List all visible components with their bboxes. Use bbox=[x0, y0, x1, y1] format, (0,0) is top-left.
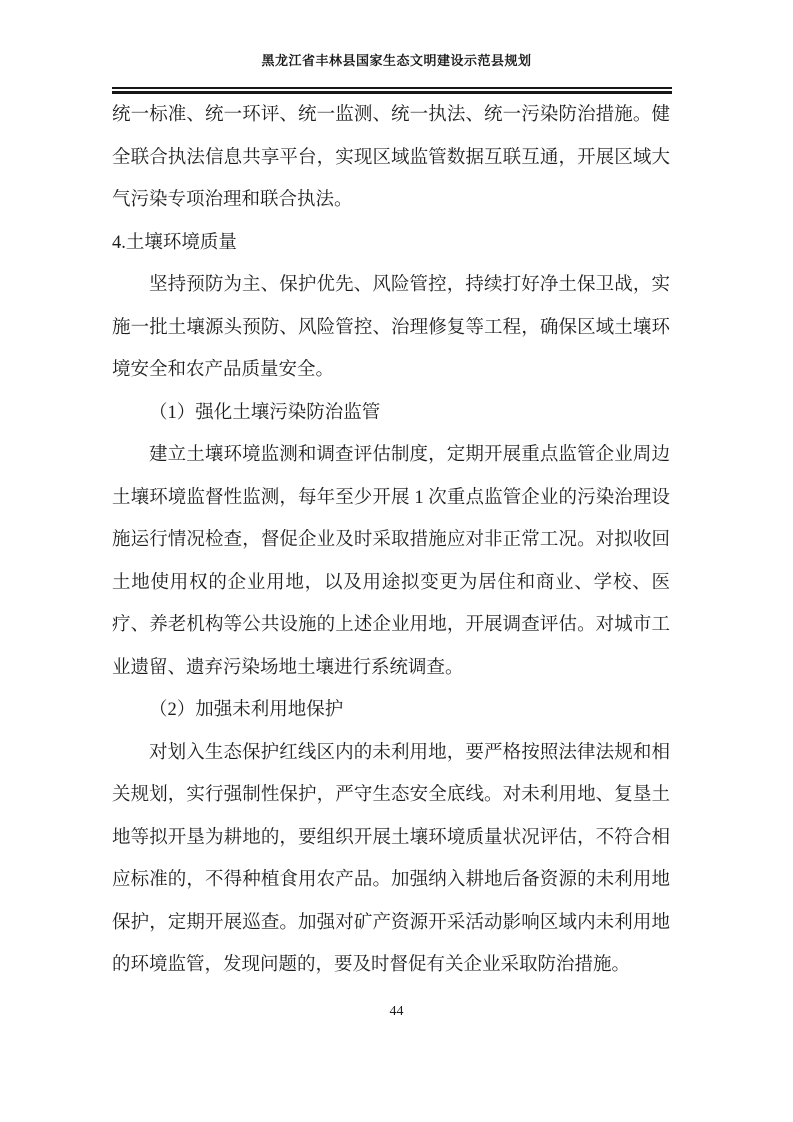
body-paragraph-continuation: 统一标准、统一环评、统一监测、统一执法、统一污染防治措施。健全联合执法信息共享平… bbox=[112, 94, 670, 222]
body-paragraph: 建立土壤环境监测和调查评估制度，定期开展重点监管企业周边土壤环境监督性监测，每年… bbox=[112, 434, 670, 689]
body-paragraph: 对划入生态保护红线区内的未利用地，要严格按照法律法规和相关规划，实行强制性保护，… bbox=[112, 732, 670, 987]
subsection-heading-2: （2）加强未利用地保护 bbox=[112, 689, 670, 732]
header-double-rule bbox=[112, 87, 672, 94]
body-paragraph: 坚持预防为主、保护优先、风险管控，持续打好净土保卫战，实施一批土壤源头预防、风险… bbox=[112, 264, 670, 392]
section-heading-soil-quality: 4.土壤环境质量 bbox=[112, 222, 670, 265]
document-page: 黑龙江省丰林县国家生态文明建设示范县规划 统一标准、统一环评、统一监测、统一执法… bbox=[0, 0, 793, 1122]
subsection-heading-1: （1）强化土壤污染防治监管 bbox=[112, 392, 670, 435]
header-title: 黑龙江省丰林县国家生态文明建设示范县规划 bbox=[0, 50, 793, 69]
document-body: 统一标准、统一环评、统一监测、统一执法、统一污染防治措施。健全联合执法信息共享平… bbox=[112, 94, 670, 987]
page-number: 44 bbox=[0, 1004, 793, 1020]
